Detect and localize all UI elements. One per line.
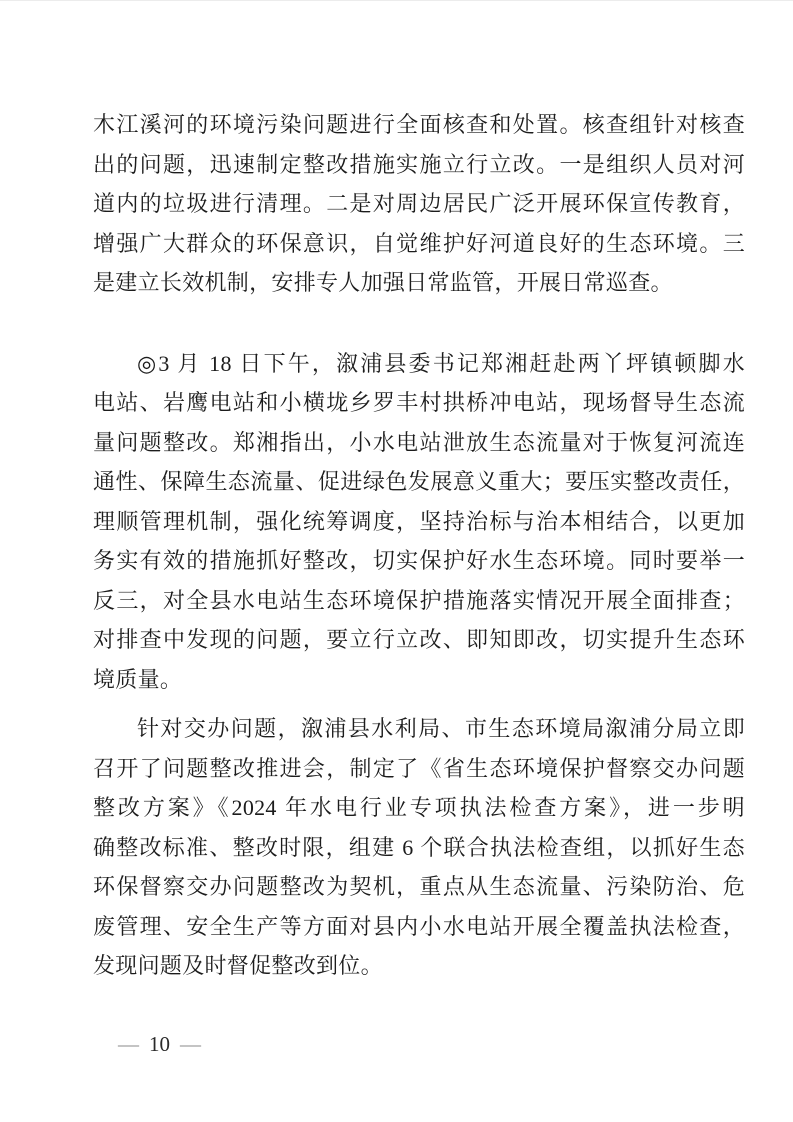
paragraph-river-pollution: 木江溪河的环境污染问题进行全面核查和处置。核查组针对核查 出的问题，迅速制定整改… (93, 105, 745, 303)
text-line: 对排查中发现的问题，要立行立改、即知即改，切实提升生态环 (93, 620, 745, 660)
document-page: 木江溪河的环境污染问题进行全面核查和处置。核查组针对核查 出的问题，迅速制定整改… (0, 0, 793, 1122)
text-line: 环保督察交办问题整改为契机，重点从生态流量、污染防治、危 (93, 867, 745, 907)
body-text-block: 木江溪河的环境污染问题进行全面核查和处置。核查组针对核查 出的问题，迅速制定整改… (93, 105, 745, 986)
text-line: 木江溪河的环境污染问题进行全面核查和处置。核查组针对核查 (93, 105, 745, 145)
text-line: 量问题整改。郑湘指出，小水电站泄放生态流量对于恢复河流连 (93, 423, 745, 463)
footer-dash-right: — (180, 1030, 201, 1058)
text-line: 反三，对全县水电站生态环境保护措施落实情况开展全面排查； (93, 581, 745, 621)
paragraph-march-18-inspection: ◎3 月 18 日下午，溆浦县委书记郑湘赶赴两丫坪镇顿脚水 电站、岩鹰电站和小横… (93, 344, 745, 700)
text-line: 务实有效的措施抓好整改，切实保护好水生态环境。同时要举一 (93, 541, 745, 581)
text-line: 整改方案》《2024 年水电行业专项执法检查方案》，进一步明 (93, 788, 745, 828)
text-line: 通性、保障生态流量、促进绿色发展意义重大；要压实整改责任， (93, 462, 745, 502)
text-line: ◎3 月 18 日下午，溆浦县委书记郑湘赶赴两丫坪镇顿脚水 (93, 344, 745, 384)
text-line: 出的问题，迅速制定整改措施实施立行立改。一是组织人员对河 (93, 145, 745, 185)
text-line: 召开了问题整改推进会，制定了《省生态环境保护督察交办问题 (93, 749, 745, 789)
text-line: 废管理、安全生产等方面对县内小水电站开展全覆盖执法检查， (93, 907, 745, 947)
text-line: 发现问题及时督促整改到位。 (93, 946, 745, 986)
text-line: 境质量。 (93, 660, 745, 700)
paragraph-joint-enforcement: 针对交办问题，溆浦县水利局、市生态环境局溆浦分局立即 召开了问题整改推进会，制定… (93, 709, 745, 986)
footer-dash-left: — (118, 1030, 139, 1058)
text-line: 增强广大群众的环保意识，自觉维护好河道良好的生态环境。三 (93, 224, 745, 264)
text-line: 针对交办问题，溆浦县水利局、市生态环境局溆浦分局立即 (93, 709, 745, 749)
text-line: 道内的垃圾进行清理。二是对周边居民广泛开展环保宣传教育， (93, 184, 745, 224)
text-line: 确整改标准、整改时限，组建 6 个联合执法检查组，以抓好生态 (93, 828, 745, 868)
text-line: 电站、岩鹰电站和小横垅乡罗丰村拱桥冲电站，现场督导生态流 (93, 383, 745, 423)
page-number: 10 (149, 1030, 170, 1058)
text-line: 是建立长效机制，安排专人加强日常监管，开展日常巡查。 (93, 263, 745, 303)
page-number-footer: — 10 — (118, 1030, 201, 1058)
text-line: 理顺管理机制，强化统筹调度，坚持治标与治本相结合，以更加 (93, 502, 745, 542)
